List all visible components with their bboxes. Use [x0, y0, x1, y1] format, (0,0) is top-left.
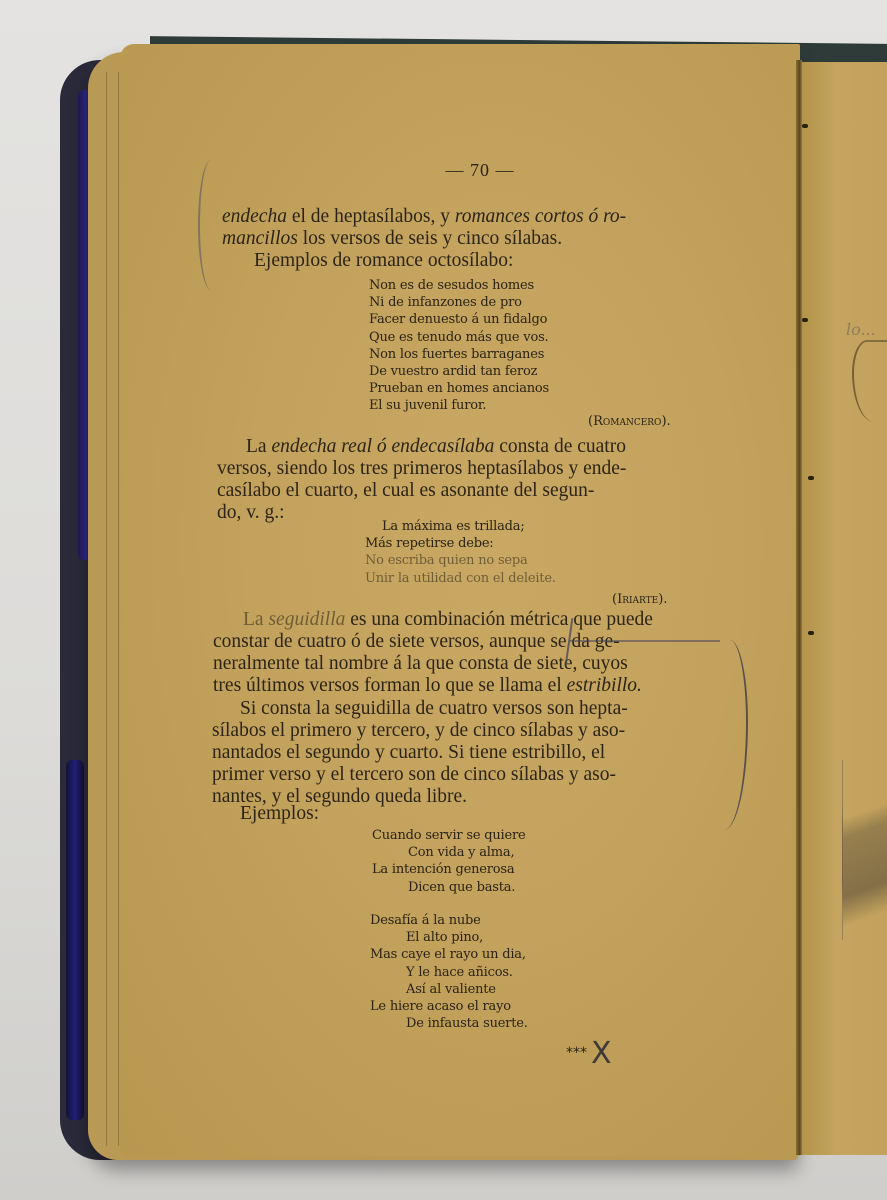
verse-line: Desafía á la nube	[370, 912, 528, 929]
pencil-strike-line	[570, 640, 720, 642]
text-span: es una combinación métrica que puede	[345, 609, 653, 630]
pencil-bracket-left	[198, 160, 224, 290]
verse-line: Facer denuesto á un fidalgo	[369, 311, 549, 328]
term-romancillos: mancillos	[222, 228, 298, 249]
text-span: consta de cuatro	[494, 436, 626, 457]
section-end-mark: ***X	[566, 1030, 612, 1065]
verse-line: Que es tenudo más que vos.	[369, 329, 549, 346]
term-endecha-real: endecha real ó endecasílaba	[271, 436, 494, 457]
verse-line: La intención generosa	[372, 861, 526, 878]
verse-line: Más repetirse debe:	[365, 535, 556, 552]
paragraph-2-line: versos, siendo los tres primeros heptasí…	[217, 458, 626, 480]
paragraph-1-line-2: mancillos los versos de seis y cinco síl…	[222, 228, 562, 250]
binding-stitch	[802, 318, 808, 322]
verse-line: Non los fuertes barraganes	[369, 346, 549, 363]
term-endecha: endecha	[222, 206, 287, 227]
paragraph-2-line-1: La endecha real ó endecasílaba consta de…	[246, 436, 626, 458]
verse-line: La máxima es trillada;	[365, 518, 556, 535]
term-seguidilla: seguidilla	[268, 609, 345, 630]
verse-line: Non es de sesudos homes	[369, 277, 549, 294]
term-romances-cortos: romances cortos ó ro-	[455, 206, 626, 227]
paragraph-4-line: sílabos el primero y tercero, y de cinco…	[212, 720, 625, 742]
binding-stitch	[808, 476, 814, 480]
verse-line: El alto pino,	[370, 929, 528, 946]
pencil-scrawl: lo...	[846, 320, 876, 339]
verse-line: Cuando servir se quiere	[372, 827, 526, 844]
verse-line: Prueban en homes ancianos	[369, 380, 549, 397]
verse-line: Así al valiente	[370, 981, 528, 998]
verse-line: Y le hace añicos.	[370, 964, 528, 981]
verse-line: El su juvenil furor.	[369, 397, 549, 414]
text-span: La	[243, 609, 268, 630]
paragraph-4-line: primer verso y el tercero son de cinco s…	[212, 764, 616, 786]
paragraph-3-line-1: La seguidilla es una combinación métrica…	[243, 609, 653, 631]
paragraph-1-line-1: endecha el de heptasílabos, y romances c…	[222, 206, 626, 228]
verse-line: Unir la utilidad con el deleite.	[365, 570, 556, 587]
poem-seguidilla-7: Desafía á la nube El alto pino, Mas caye…	[370, 912, 528, 1032]
attribution-romancero: (Romancero).	[588, 414, 671, 429]
open-book-photo: lo... — 70 — endecha el de heptasílabos,…	[0, 0, 887, 1200]
text-span: La	[246, 436, 271, 457]
text-span: tres últimos versos forman lo que se lla…	[213, 675, 567, 696]
paragraph-3-line-last: tres últimos versos forman lo que se lla…	[213, 675, 642, 697]
paragraph-2-line: casílabo el cuarto, el cual es asonante …	[217, 480, 594, 502]
text-span: los versos de seis y cinco sílabas.	[298, 228, 562, 249]
verse-line: De vuestro ardid tan feroz	[369, 363, 549, 380]
paragraph-4-line: nantados el segundo y cuarto. Si tiene e…	[212, 742, 605, 764]
paragraph-3-line: constar de cuatro ó de siete versos, aun…	[213, 631, 620, 653]
verse-line: No escriba quien no sepa	[365, 552, 556, 569]
examples-heading-1: Ejemplos de romance octosílabo:	[254, 250, 513, 272]
right-page	[802, 62, 887, 1155]
pencil-x-mark: X	[591, 1036, 612, 1071]
verse-line: Con vida y alma,	[372, 844, 526, 861]
poem-endecha-real: La máxima es trillada; Más repetirse deb…	[365, 518, 556, 587]
verse-line: De infausta suerte.	[370, 1015, 528, 1032]
verse-line: Ni de infanzones de pro	[369, 294, 549, 311]
examples-heading-2: Ejemplos:	[240, 803, 319, 825]
verse-line: Mas caye el rayo un dia,	[370, 946, 528, 963]
paragraph-4-line: Si consta la seguidilla de cuatro versos…	[240, 698, 628, 720]
attribution-iriarte: (Iriarte).	[612, 592, 667, 607]
term-estribillo: estribillo.	[567, 675, 642, 696]
marbled-cover-lower	[66, 760, 84, 1120]
pencil-sketch-figure	[842, 760, 887, 940]
text-span: el de heptasílabos, y	[287, 206, 455, 227]
binding-stitch	[802, 124, 808, 128]
paragraph-2-line: do, v. g.:	[217, 502, 285, 524]
poem-seguidilla-4: Cuando servir se quiere Con vida y alma,…	[372, 827, 526, 896]
poem-romance-octosilabo: Non es de sesudos homes Ni de infanzones…	[369, 277, 549, 415]
page-number: — 70 —	[440, 160, 520, 181]
asterism: ***	[566, 1045, 587, 1061]
verse-line: Le hiere acaso el rayo	[370, 998, 528, 1015]
verse-line: Dicen que basta.	[372, 879, 526, 896]
binding-stitch	[808, 631, 814, 635]
